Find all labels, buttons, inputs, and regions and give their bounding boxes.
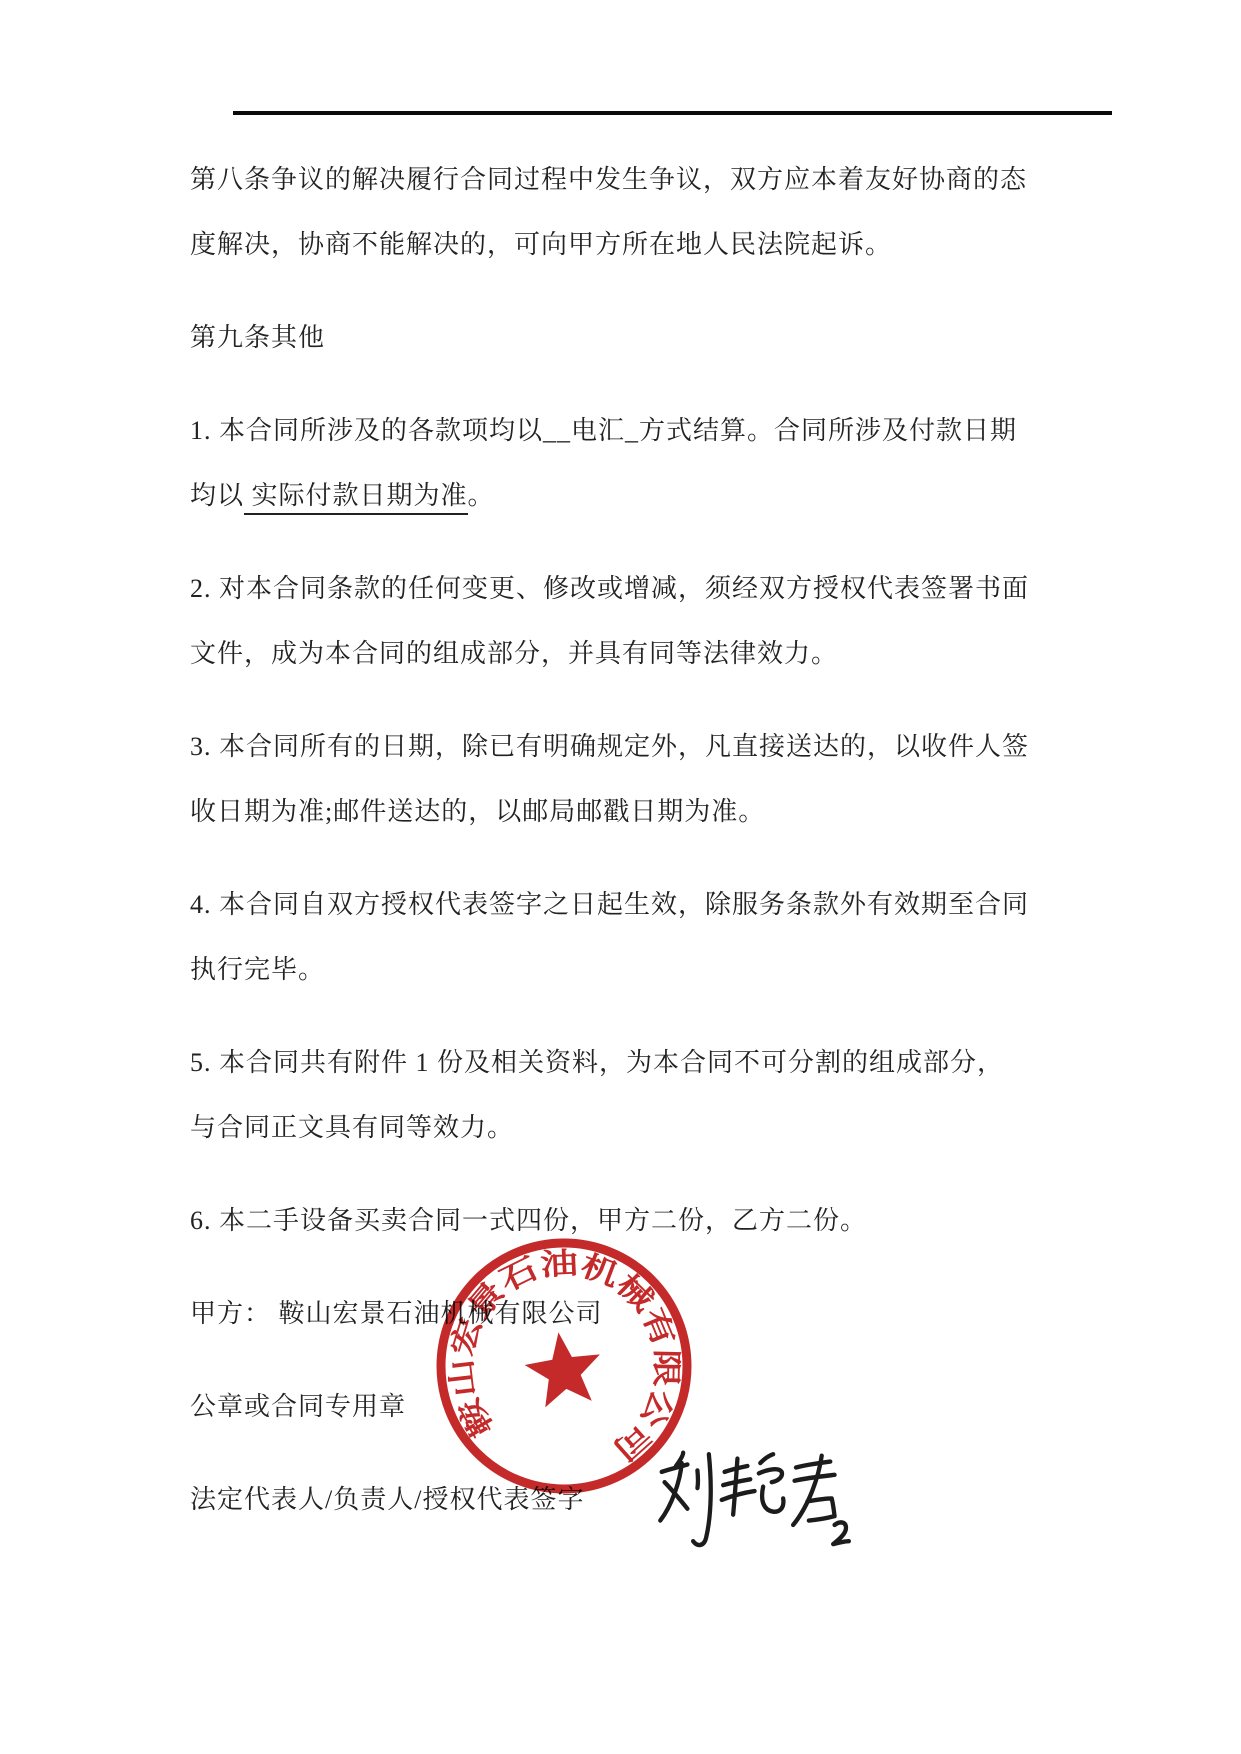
clause-8-line-2: 度解决，协商不能解决的，可向甲方所在地人民法院起诉。: [190, 212, 1120, 277]
item-5-line-2: 与合同正文具有同等效力。: [190, 1095, 1120, 1160]
text-segment: 收日期为准;邮件送达的，以邮局邮戳日期为准。: [190, 797, 765, 826]
text-segment: 。: [468, 481, 495, 510]
text-segment: 第九条其他: [190, 323, 325, 352]
clause-9-heading: 第九条其他: [190, 305, 1120, 370]
company-seal: 鞍山宏景石油机械有限公司: [434, 1236, 694, 1496]
signature-handwriting: [656, 1438, 856, 1578]
item-5-line-1: 5. 本合同共有附件 1 份及相关资料，为本合同不可分割的组成部分，: [190, 1030, 1120, 1095]
item-1: 1. 本合同所涉及的各款项均以__电汇_方式结算。合同所涉及付款日期均以 实际付…: [190, 398, 1120, 528]
text-segment: 3. 本合同所有的日期，除已有明确规定外，凡直接送达的，以收件人签: [190, 732, 1029, 761]
item-5: 5. 本合同共有附件 1 份及相关资料，为本合同不可分割的组成部分，与合同正文具…: [190, 1030, 1120, 1160]
text-segment: 文件，成为本合同的组成部分，并具有同等法律效力。: [190, 639, 838, 668]
contract-page: 第八条争议的解决履行合同过程中发生争议，双方应本着友好协商的态度解决，协商不能解…: [0, 0, 1241, 1754]
clause-9-heading-line-1: 第九条其他: [190, 305, 1120, 370]
clause-8-line-1: 第八条争议的解决履行合同过程中发生争议，双方应本着友好协商的态: [190, 147, 1120, 212]
item-4-line-1: 4. 本合同自双方授权代表签字之日起生效，除服务条款外有效期至合同: [190, 872, 1120, 937]
item-2-line-2: 文件，成为本合同的组成部分，并具有同等法律效力。: [190, 621, 1120, 686]
text-segment: 第八条争议的解决履行合同过程中发生争议，双方应本着友好协商的态: [190, 165, 1027, 194]
header-rule: [233, 111, 1112, 115]
text-segment: 均以: [190, 481, 244, 510]
item-3-line-2: 收日期为准;邮件送达的，以邮局邮戳日期为准。: [190, 779, 1120, 844]
text-segment: 与合同正文具有同等效力。: [190, 1113, 514, 1142]
item-2-line-1: 2. 对本合同条款的任何变更、修改或增减，须经双方授权代表签署书面: [190, 556, 1120, 621]
text-segment: 执行完毕。: [190, 955, 325, 984]
clause-8: 第八条争议的解决履行合同过程中发生争议，双方应本着友好协商的态度解决，协商不能解…: [190, 147, 1120, 277]
item-1-line-1: 1. 本合同所涉及的各款项均以__电汇_方式结算。合同所涉及付款日期: [190, 398, 1120, 463]
text-segment: 1. 本合同所涉及的各款项均以__电汇_方式结算。合同所涉及付款日期: [190, 416, 1017, 445]
item-3-line-1: 3. 本合同所有的日期，除已有明确规定外，凡直接送达的，以收件人签: [190, 714, 1120, 779]
item-2: 2. 对本合同条款的任何变更、修改或增减，须经双方授权代表签署书面文件，成为本合…: [190, 556, 1120, 686]
text-segment: 度解决，协商不能解决的，可向甲方所在地人民法院起诉。: [190, 230, 892, 259]
seal-star-icon: [521, 1327, 606, 1409]
text-segment: 4. 本合同自双方授权代表签字之日起生效，除服务条款外有效期至合同: [190, 890, 1029, 919]
item-1-line-2: 均以 实际付款日期为准。: [190, 463, 1120, 528]
text-segment: 2. 对本合同条款的任何变更、修改或增减，须经双方授权代表签署书面: [190, 574, 1029, 603]
text-segment: 公章或合同专用章: [190, 1392, 406, 1421]
item-3: 3. 本合同所有的日期，除已有明确规定外，凡直接送达的，以收件人签收日期为准;邮…: [190, 714, 1120, 844]
item-4-line-2: 执行完毕。: [190, 937, 1120, 1002]
underlined-text-segment: 实际付款日期为准: [244, 481, 468, 515]
item-4: 4. 本合同自双方授权代表签字之日起生效，除服务条款外有效期至合同执行完毕。: [190, 872, 1120, 1002]
text-segment: 5. 本合同共有附件 1 份及相关资料，为本合同不可分割的组成部分，: [190, 1048, 1004, 1077]
text-segment: 6. 本二手设备买卖合同一式四份，甲方二份，乙方二份。: [190, 1206, 867, 1235]
